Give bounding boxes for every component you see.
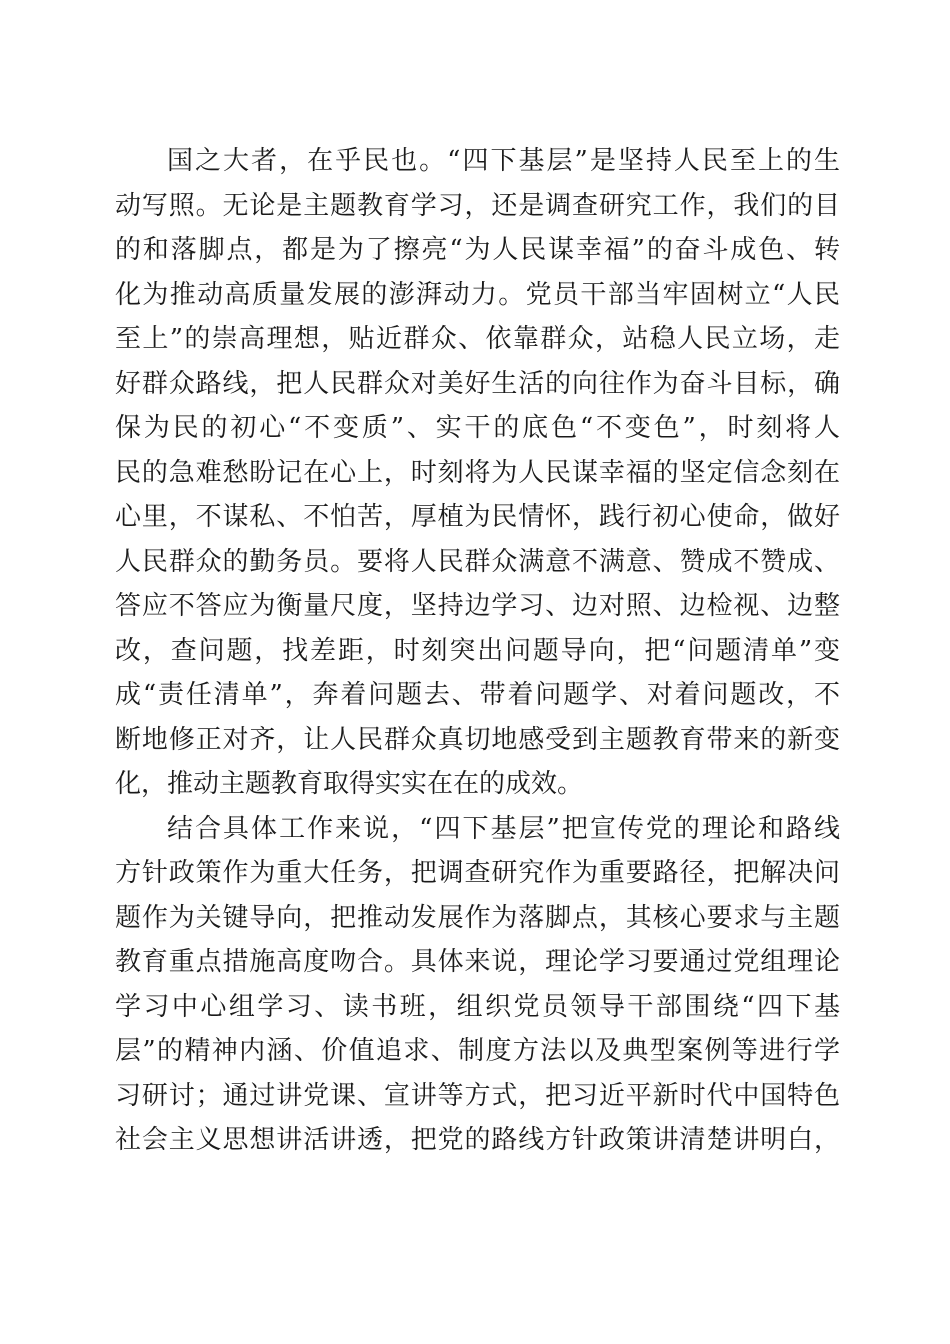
text-line: 心里，不谋私、不怕苦，厚植为民情怀，践行初心使命，做好	[115, 495, 840, 540]
text-line: 社会主义思想讲活讲透，把党的路线方针政策讲清楚讲明白，	[115, 1118, 840, 1163]
text-line: 层”的精神内涵、价值追求、制度方法以及典型案例等进行学	[115, 1029, 840, 1074]
text-line: 教育重点措施高度吻合。具体来说，理论学习要通过党组理论	[115, 940, 840, 985]
text-line: 化，推动主题教育取得实实在在的成效。	[115, 762, 840, 807]
text-line: 学习中心组学习、读书班，组织党员领导干部围绕“四下基	[115, 985, 840, 1030]
text-line: 断地修正对齐，让人民群众真切地感受到主题教育带来的新变	[115, 718, 840, 763]
text-line: 动写照。无论是主题教育学习，还是调查研究工作，我们的目	[115, 184, 840, 229]
text-line: 好群众路线，把人民群众对美好生活的向往作为奋斗目标，确	[115, 362, 840, 407]
text-line: 习研讨；通过讲党课、宣讲等方式，把习近平新时代中国特色	[115, 1074, 840, 1119]
document-page: 国之大者，在乎民也。“四下基层”是坚持人民至上的生动写照。无论是主题教育学习，还…	[0, 0, 950, 1344]
document-text: 国之大者，在乎民也。“四下基层”是坚持人民至上的生动写照。无论是主题教育学习，还…	[115, 139, 840, 1163]
text-line: 方针政策作为重大任务，把调查研究作为重要路径，把解决问	[115, 851, 840, 896]
paragraph-2: 结合具体工作来说，“四下基层”把宣传党的理论和路线方针政策作为重大任务，把调查研…	[115, 807, 840, 1163]
text-line: 题作为关键导向，把推动发展作为落脚点，其核心要求与主题	[115, 896, 840, 941]
text-line: 人民群众的勤务员。要将人民群众满意不满意、赞成不赞成、	[115, 540, 840, 585]
text-line: 结合具体工作来说，“四下基层”把宣传党的理论和路线	[115, 807, 840, 852]
text-line: 民的急难愁盼记在心上，时刻将为人民谋幸福的坚定信念刻在	[115, 451, 840, 496]
text-line: 成“责任清单”，奔着问题去、带着问题学、对着问题改，不	[115, 673, 840, 718]
text-line: 国之大者，在乎民也。“四下基层”是坚持人民至上的生	[115, 139, 840, 184]
text-line: 保为民的初心“不变质”、实干的底色“不变色”，时刻将人	[115, 406, 840, 451]
text-line: 改，查问题，找差距，时刻突出问题导向，把“问题清单”变	[115, 629, 840, 674]
text-line: 的和落脚点，都是为了擦亮“为人民谋幸福”的奋斗成色、转	[115, 228, 840, 273]
text-line: 至上”的崇高理想，贴近群众、依靠群众，站稳人民立场，走	[115, 317, 840, 362]
text-line: 化为推动高质量发展的澎湃动力。党员干部当牢固树立“人民	[115, 273, 840, 318]
paragraph-1: 国之大者，在乎民也。“四下基层”是坚持人民至上的生动写照。无论是主题教育学习，还…	[115, 139, 840, 807]
text-line: 答应不答应为衡量尺度，坚持边学习、边对照、边检视、边整	[115, 584, 840, 629]
